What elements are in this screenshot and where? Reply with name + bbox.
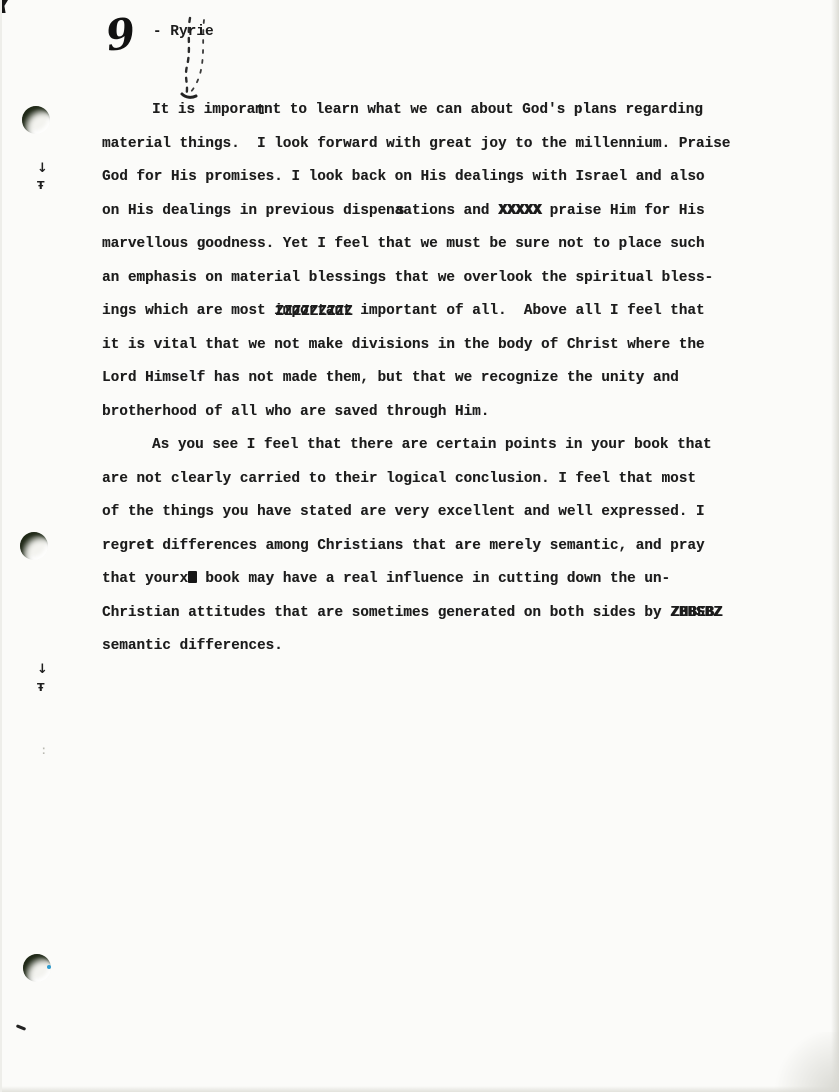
text-run: Christian attitudes that are sometimes g… <box>102 605 670 621</box>
text-run: an emphasis on material blessings that w… <box>102 270 713 286</box>
overstruck-text: a <box>395 195 404 229</box>
paragraph: As you see I feel that there are certain… <box>102 429 750 664</box>
paragraph: It is imporamnt to learn what we can abo… <box>102 94 750 429</box>
handwritten-page-number: 9 <box>103 12 138 58</box>
ink-blot <box>188 571 197 583</box>
text-line: ings which are most important important … <box>102 295 750 329</box>
text-run: God for His promises. I look back on His… <box>102 169 705 185</box>
text-run: material things. I look forward with gre… <box>102 136 730 152</box>
text-run: are not clearly carried to their logical… <box>102 471 696 487</box>
margin-arrow-mark: ↓ <box>37 663 48 676</box>
typed-text-block: It is imporamnt to learn what we can abo… <box>102 94 750 664</box>
text-run: it is vital that we not make divisions i… <box>102 337 705 353</box>
overstruck-text: ZBHSBZ <box>670 597 722 631</box>
margin-faint-mark: ⁚ <box>42 748 45 757</box>
text-run: nt to learn what we can about God's plan… <box>264 102 703 118</box>
text-line: semantic differences. <box>102 630 750 664</box>
text-line: As you see I feel that there are certain… <box>102 429 750 463</box>
text-line: brotherhood of all who are saved through… <box>102 396 750 430</box>
margin-t-mark: Ŧ <box>37 180 45 191</box>
text-line: Christian attitudes that are sometimes g… <box>102 597 750 631</box>
punch-hole-middle <box>20 532 48 560</box>
text-line: that yourx book may have a real influenc… <box>102 563 750 597</box>
page-left-edge-shadow <box>0 0 2 1092</box>
text-run: ings which are most <box>102 303 274 319</box>
margin-arrow-mark: ↓ <box>37 162 48 175</box>
punch-hole-top <box>22 106 50 134</box>
text-line: It is imporamnt to learn what we can abo… <box>102 94 750 128</box>
text-line: regret differences among Christians that… <box>102 530 750 564</box>
text-line: it is vital that we not make divisions i… <box>102 329 750 363</box>
page-bottom-edge-shadow <box>0 1086 839 1092</box>
overstruck-text: important <box>274 295 351 329</box>
overstruck-text: t <box>145 530 154 564</box>
overstruck-text: m <box>255 94 264 128</box>
text-run: on His dealings in previous dispen <box>102 203 395 219</box>
text-run: semantic differences. <box>102 638 283 654</box>
text-run: Lord Himself has not made them, but that… <box>102 370 679 386</box>
text-line: an emphasis on material blessings that w… <box>102 262 750 296</box>
text-run: book may have a real influence in cuttin… <box>197 571 670 587</box>
margin-t-mark: Ŧ <box>37 682 45 693</box>
text-run: that yourx <box>102 571 188 587</box>
punch-hole-bottom <box>23 954 51 982</box>
document-page: 9 - Ryrie ↓ Ŧ ↓ Ŧ ⁚ It is imporamnt to l… <box>0 0 839 1092</box>
text-run: brotherhood of all who are saved through… <box>102 404 489 420</box>
pen-scribble-mark <box>160 16 212 102</box>
text-line: of the things you have stated are very e… <box>102 496 750 530</box>
text-line: material things. I look forward with gre… <box>102 128 750 162</box>
text-line: marvellous goodness. Yet I feel that we … <box>102 228 750 262</box>
text-run: ations and <box>403 203 498 219</box>
text-line: God for His promises. I look back on His… <box>102 161 750 195</box>
text-line: on His dealings in previous dispenaation… <box>102 195 750 229</box>
text-line: Lord Himself has not made them, but that… <box>102 362 750 396</box>
bottom-right-shade <box>769 1032 839 1092</box>
text-run: As you see I feel that there are certain… <box>152 437 712 453</box>
text-run: differences among Christians that are me… <box>154 538 705 554</box>
text-line: are not clearly carried to their logical… <box>102 463 750 497</box>
overstruck-text: XXXXX <box>498 195 541 229</box>
text-run: regre <box>102 538 145 554</box>
text-run: marvellous goodness. Yet I feel that we … <box>102 236 705 252</box>
text-run: It is impora <box>152 102 255 118</box>
text-run: praise Him for His <box>541 203 705 219</box>
text-run: of the things you have stated are very e… <box>102 504 705 520</box>
page-right-edge-shadow <box>831 0 839 1092</box>
text-run: important of all. Above all I feel that <box>352 303 705 319</box>
pencil-tick-mark <box>16 1024 26 1031</box>
